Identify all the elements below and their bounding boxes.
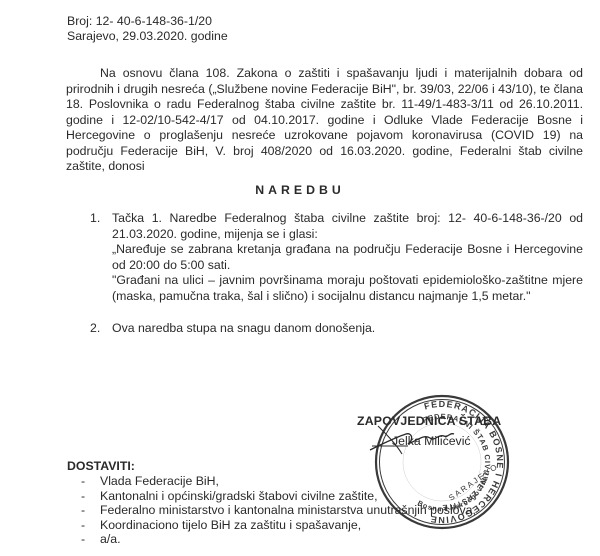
delivery-title: DOSTAVITI: [67,459,476,474]
bullet-dash: - [67,489,100,504]
recipient-text: Federalno ministarstvo i kantonalna mini… [100,503,476,518]
recipient-text: Koordinaciono tijelo BiH za zaštitu i sp… [100,518,361,533]
recipient-text: a/a. [100,532,121,547]
recipient-text: Kantonalni i općinski/gradski štabovi ci… [100,489,378,504]
recipient-text: Vlada Federacije BiH, [100,474,219,489]
delivery-list-block: DOSTAVITI: -Vlada Federacije BiH, -Kanto… [67,459,476,547]
recipient-list: -Vlada Federacije BiH, -Kantonalni i opć… [67,474,476,547]
recipient-item: -Vlada Federacije BiH, [67,474,476,489]
item-body: Ova naredba stupa na snagu danom donošen… [112,321,583,337]
item-paragraph: "Građani na ulici – javnim površinama mo… [112,273,583,304]
place-date: Sarajevo, 29.03.2020. godine [67,29,228,44]
order-items: 1. Tačka 1. Naredbe Federalnog štaba civ… [90,211,583,337]
reference-number: Broj: 12- 40-6-148-36-1/20 [67,14,228,29]
reference-block: Broj: 12- 40-6-148-36-1/20 Sarajevo, 29.… [67,14,228,44]
bullet-dash: - [67,474,100,489]
bullet-dash: - [67,518,100,533]
order-item: 2. Ova naredba stupa na snagu danom dono… [90,321,583,337]
handwritten-signature-icon [368,420,478,460]
recipient-item: -a/a. [67,532,476,547]
item-paragraph: Tačka 1. Naredbe Federalnog štaba civiln… [112,211,583,242]
item-body: Tačka 1. Naredbe Federalnog štaba civiln… [112,211,583,304]
recipient-item: -Kantonalni i općinski/gradski štabovi c… [67,489,476,504]
bullet-dash: - [67,532,100,547]
document-page: Broj: 12- 40-6-148-36-1/20 Sarajevo, 29.… [0,0,600,556]
item-number: 1. [90,211,112,304]
recipient-item: -Koordinaciono tijelo BiH za zaštitu i s… [67,518,476,533]
item-number: 2. [90,321,112,337]
recipient-item: -Federalno ministarstvo i kantonalna min… [67,503,476,518]
preamble-paragraph: Na osnovu člana 108. Zakona o zaštiti i … [66,66,583,175]
order-item: 1. Tačka 1. Naredbe Federalnog štaba civ… [90,211,583,304]
item-paragraph: „Naređuje se zabrana kretanja građana na… [112,242,583,273]
document-title: NAREDBU [0,183,600,197]
item-paragraph: Ova naredba stupa na snagu danom donošen… [112,321,583,337]
bullet-dash: - [67,503,100,518]
